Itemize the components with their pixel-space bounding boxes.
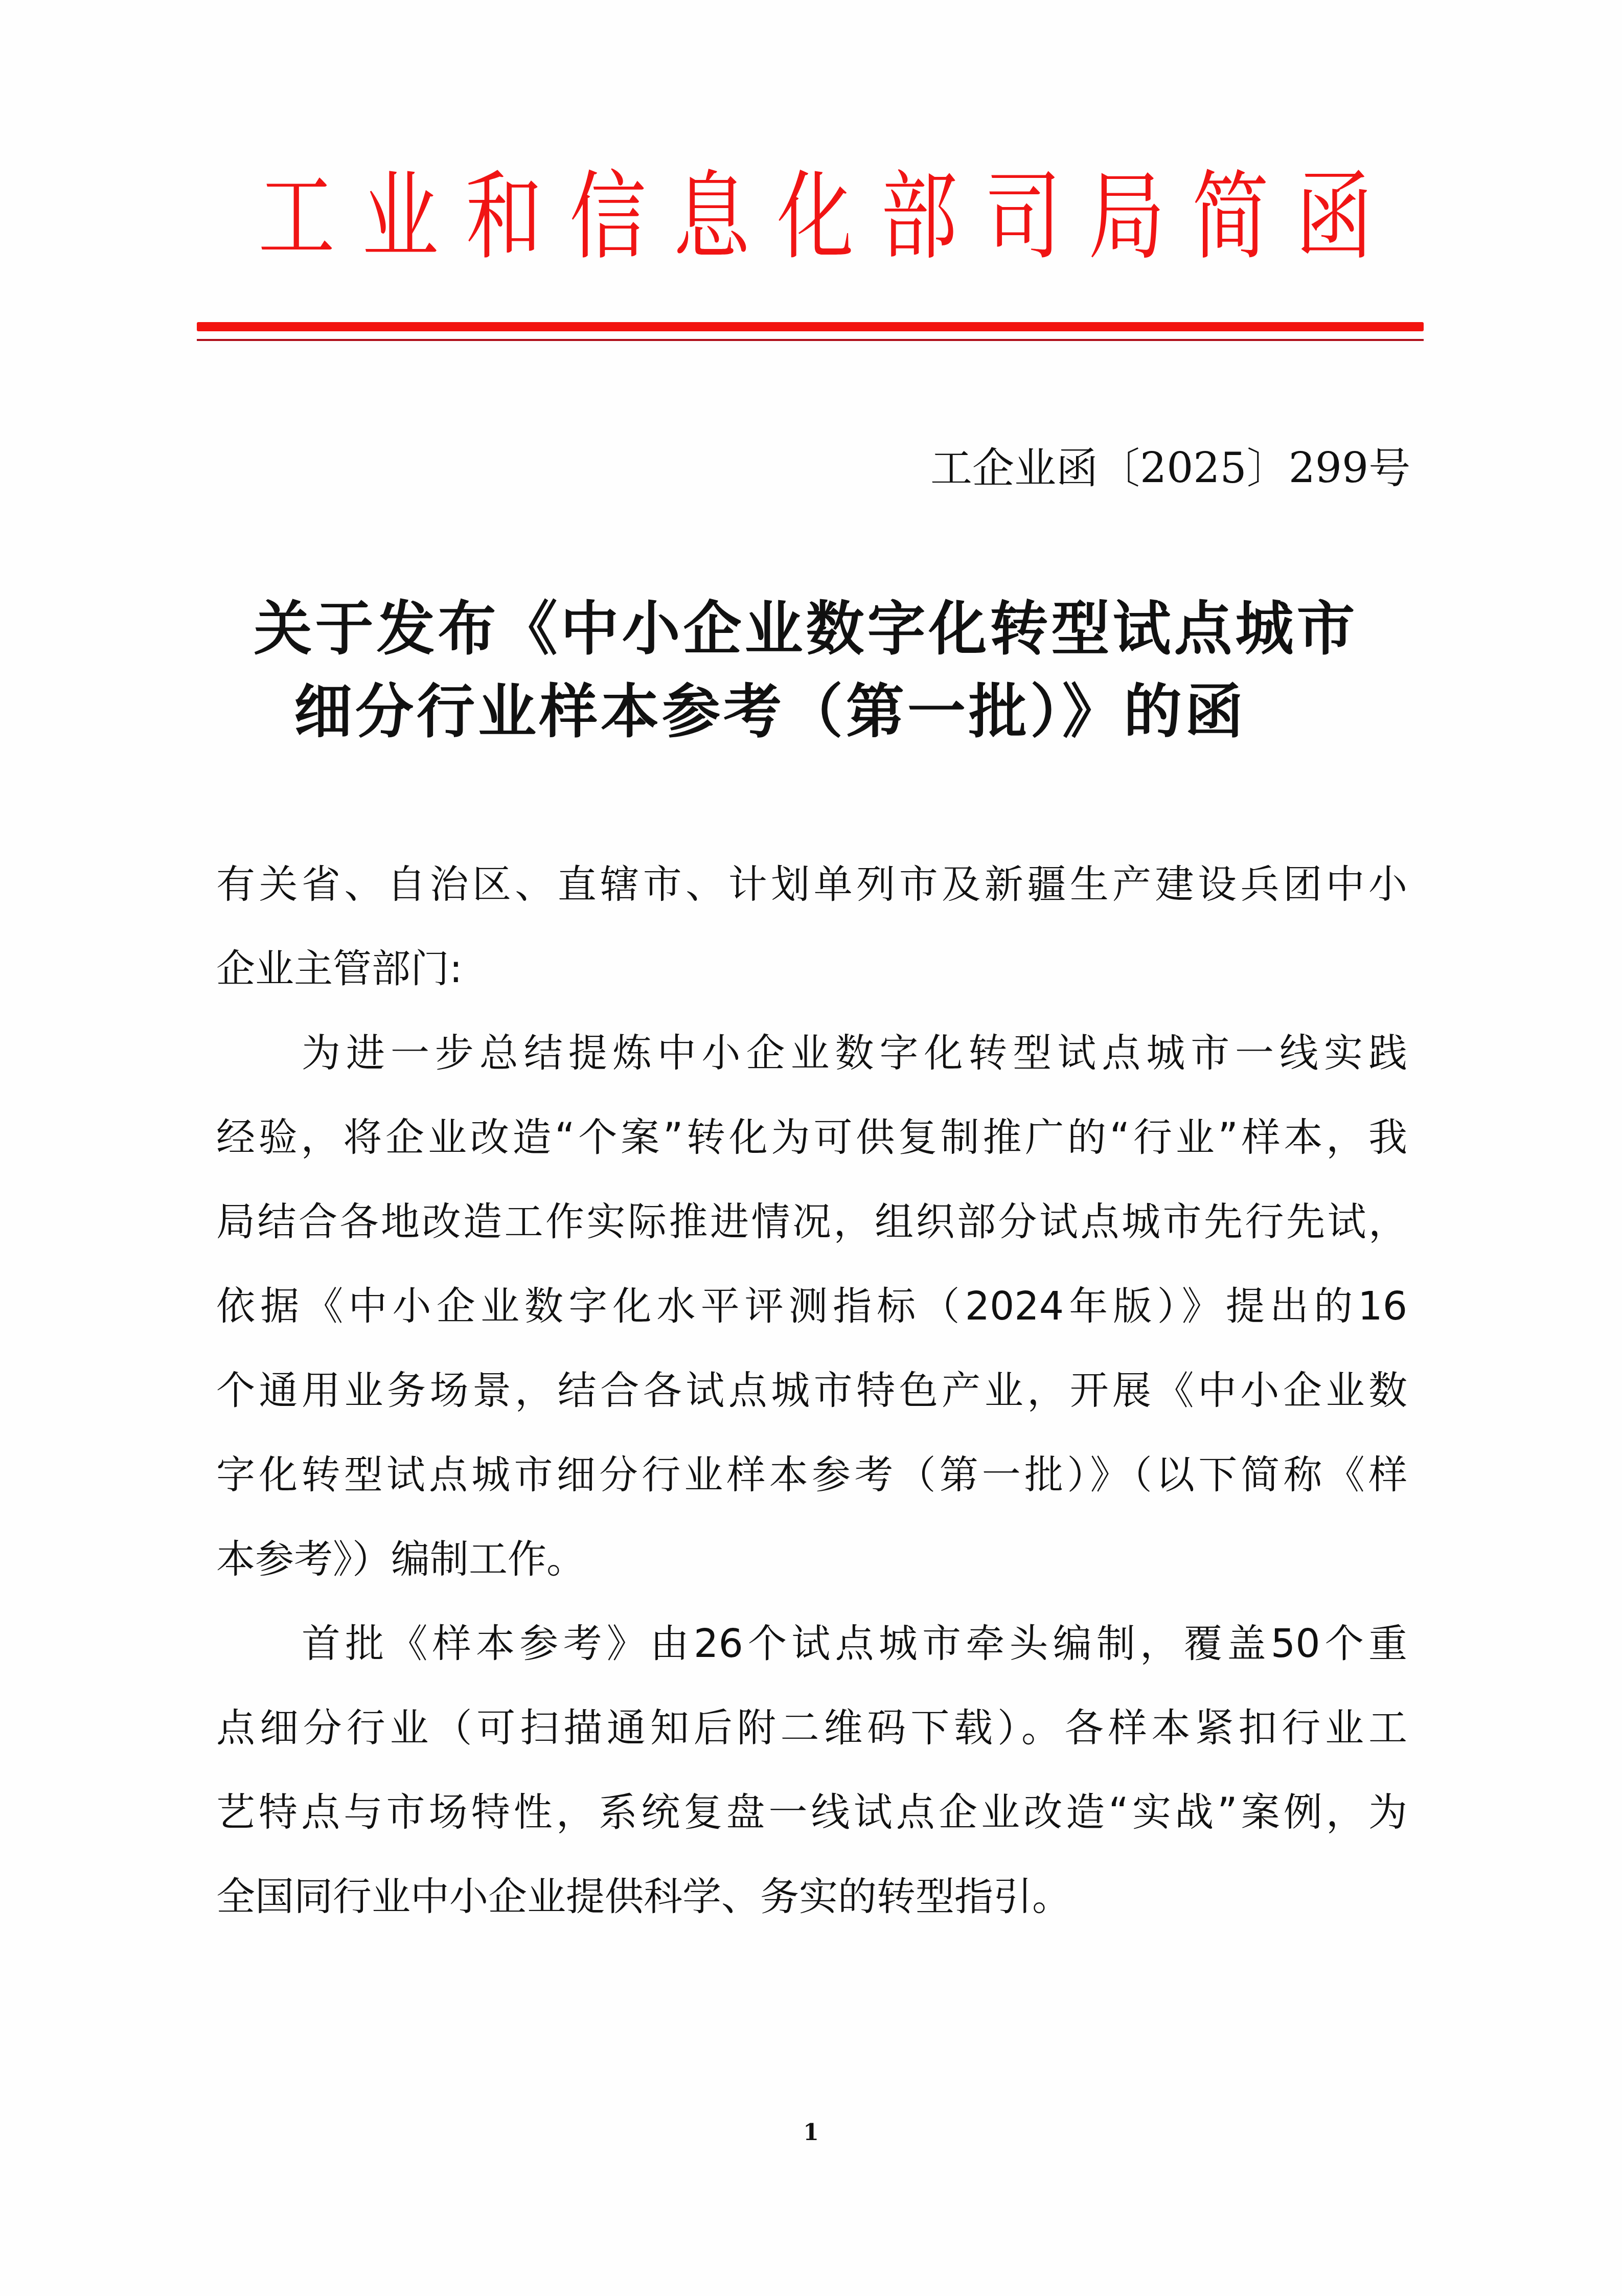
document-page: 工 业 和 信 息 化 部 司 局 简 函 工企业函〔2025〕299号 关于发… <box>0 0 1622 2296</box>
paragraph-line: 局结合各地改造工作实际推进情况，组织部分试点城市先行先试， <box>216 1202 1407 1241</box>
letterhead-char: 函 <box>1296 169 1373 265</box>
document-title-line-2: 细分行业样本参考（第一批）》的函 <box>0 682 1581 740</box>
salutation-line: 企业主管部门: <box>216 949 1407 988</box>
letterhead-rule-thin <box>197 339 1424 341</box>
paragraph-line: 艺特点与市场特性，系统复盘一线试点企业改造“实战”案例，为 <box>216 1793 1407 1832</box>
letterhead-char: 部 <box>881 169 957 265</box>
letterhead-char: 息 <box>673 169 750 265</box>
paragraph-line: 个通用业务场景，结合各试点城市特色产业，开展《中小企业数 <box>216 1371 1407 1410</box>
paragraph-line: 本参考》）编制工作。 <box>216 1540 1407 1579</box>
paragraph-line: 点细分行业（可扫描通知后附二维码下载）。各样本紧扣行业工 <box>216 1709 1407 1747</box>
letterhead-char: 简 <box>1192 169 1269 265</box>
letterhead-char: 和 <box>466 169 542 265</box>
paragraph-line: 经验，将企业改造“个案”转化为可供复制推广的“行业”样本，我 <box>216 1118 1407 1157</box>
paragraph-line: 依据《中小企业数字化水平评测指标（2024年版）》提出的16 <box>216 1287 1407 1326</box>
letterhead-char: 业 <box>362 169 439 265</box>
letterhead-char: 工 <box>258 169 335 265</box>
document-title-line-1: 关于发布《中小企业数字化转型试点城市 <box>0 599 1617 657</box>
paragraph-line: 首批《样本参考》由26个试点城市牵头编制，覆盖50个重 <box>302 1624 1407 1663</box>
paragraph-line: 字化转型试点城市细分行业样本参考（第一批）》（以下简称《样 <box>216 1456 1407 1494</box>
letterhead-char: 信 <box>569 169 646 265</box>
letterhead-char: 化 <box>777 169 854 265</box>
letterhead-char: 司 <box>985 169 1061 265</box>
letterhead-char: 局 <box>1088 169 1165 265</box>
document-reference-number: 工企业函〔2025〕299号 <box>930 446 1406 492</box>
letterhead-title: 工 业 和 信 息 化 部 司 局 简 函 <box>258 164 1373 271</box>
paragraph-line: 全国同行业中小企业提供科学、务实的转型指引。 <box>216 1877 1407 1916</box>
salutation-line: 有关省、自治区、直辖市、计划单列市及新疆生产建设兵团中小 <box>216 865 1407 904</box>
page-number: 1 <box>0 2122 1622 2144</box>
letterhead-rule-thick <box>197 322 1424 331</box>
paragraph-line: 为进一步总结提炼中小企业数字化转型试点城市一线实践 <box>302 1034 1407 1073</box>
